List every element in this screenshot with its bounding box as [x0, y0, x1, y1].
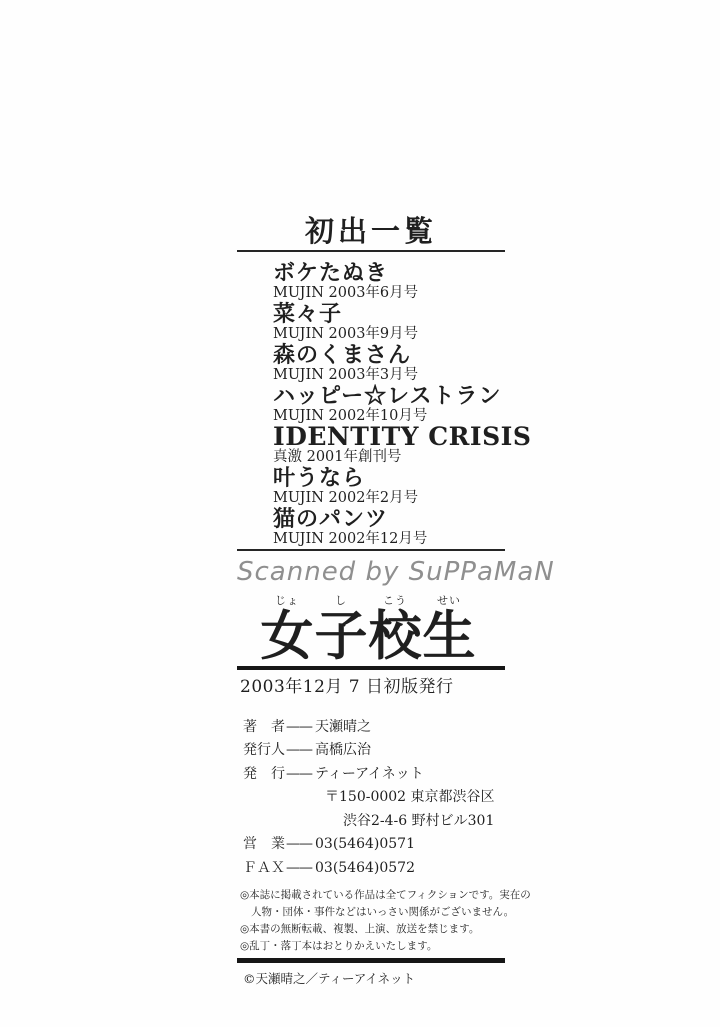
first-publication-list: ボケたぬき MUJIN 2003年6月号 菜々子 MUJIN 2003年9月号 … — [273, 261, 505, 548]
row-value: 03(5464)0572 — [315, 860, 415, 876]
scan-credit-divider — [237, 549, 505, 551]
work-title: 森のくまさん — [273, 343, 505, 367]
colophon-page: 初出一覧 ボケたぬき MUJIN 2003年6月号 菜々子 MUJIN 2003… — [237, 214, 505, 987]
title-char: せい 生 — [422, 594, 476, 664]
note-line: ◎本書の無断転載、複製、上演、放送を禁じます。 — [240, 921, 505, 938]
row-value: ティーアイネット — [315, 766, 424, 782]
colophon-row-author: 著 者——天瀬晴之 — [243, 716, 505, 740]
work-title: ボケたぬき — [273, 261, 505, 285]
row-label: 営 業 — [243, 836, 285, 852]
row-dash: —— — [286, 860, 312, 876]
note-line: ◎本誌に掲載されている作品は全てフィクションです。実在の — [240, 887, 505, 904]
work-issue: MUJIN 2002年2月号 — [273, 490, 505, 507]
row-label: 著 者 — [243, 719, 285, 735]
work-item: 猫のパンツ MUJIN 2002年12月号 — [273, 507, 505, 548]
note-line: ◎乱丁・落丁本はおとりかえいたします。 — [240, 938, 505, 955]
book-title: じょ 女 し 子 こう 校 せい 生 — [260, 594, 505, 664]
work-item: 森のくまさん MUJIN 2003年3月号 — [273, 343, 505, 384]
scan-credit: Scanned by SuPPaMaN — [237, 557, 505, 587]
title-char: じょ 女 — [260, 594, 314, 664]
heading-divider — [237, 250, 505, 252]
work-issue: MUJIN 2003年9月号 — [273, 326, 505, 343]
work-issue: MUJIN 2002年12月号 — [273, 531, 505, 548]
row-label: ＦＡＸ — [243, 860, 285, 876]
note-line: 人物・団体・事件などはいっさい関係がございません。 — [240, 904, 505, 921]
work-title: ハッピー☆レストラン — [273, 384, 505, 408]
colophon-row-publisher-person: 発行人——高橋広治 — [243, 739, 505, 763]
row-dash: —— — [286, 742, 312, 758]
work-issue: 真激 2001年創刊号 — [273, 449, 505, 466]
work-item: ハッピー☆レストラン MUJIN 2002年10月号 — [273, 384, 505, 425]
row-value: 高橋広治 — [315, 742, 371, 758]
row-dash: —— — [286, 719, 312, 735]
title-char: こう 校 — [368, 594, 422, 664]
work-title: 菜々子 — [273, 302, 505, 326]
title-kanji: 子 — [314, 608, 368, 664]
publisher-address-line: 渋谷2-4-6 野村ビル301 — [343, 810, 505, 834]
copyright-line: ©天瀬晴之／ティーアイネット — [243, 971, 505, 987]
colophon-row-sales-phone: 営 業——03(5464)0571 — [243, 833, 505, 857]
colophon-row-fax: ＦＡＸ——03(5464)0572 — [243, 857, 505, 881]
title-char: し 子 — [314, 594, 368, 664]
work-item: 叶うなら MUJIN 2002年2月号 — [273, 466, 505, 507]
work-issue: MUJIN 2003年6月号 — [273, 285, 505, 302]
work-title: 叶うなら — [273, 466, 505, 490]
edition-date: 2003年12月 7 日初版発行 — [240, 677, 505, 697]
row-value: 天瀬晴之 — [315, 719, 371, 735]
title-kanji: 生 — [422, 608, 476, 664]
work-issue: MUJIN 2003年3月号 — [273, 367, 505, 384]
row-value: 03(5464)0571 — [315, 836, 415, 852]
row-dash: —— — [286, 766, 312, 782]
row-label: 発行人 — [243, 742, 285, 758]
work-item: ボケたぬき MUJIN 2003年6月号 — [273, 261, 505, 302]
work-title: 猫のパンツ — [273, 507, 505, 531]
publisher-address-line: 〒150-0002 東京都渋谷区 — [325, 786, 505, 810]
work-item: IDENTITY CRISIS 真激 2001年創刊号 — [273, 425, 505, 466]
copyright-divider-bar — [237, 958, 505, 963]
section-heading: 初出一覧 — [237, 214, 505, 248]
publisher-info: 著 者——天瀬晴之 発行人——高橋広治 発 行——ティーアイネット 〒150-0… — [237, 716, 505, 881]
title-kanji: 女 — [260, 608, 314, 664]
row-label: 発 行 — [243, 766, 285, 782]
title-kanji: 校 — [368, 608, 422, 664]
row-dash: —— — [286, 836, 312, 852]
work-item: 菜々子 MUJIN 2003年9月号 — [273, 302, 505, 343]
work-title: IDENTITY CRISIS — [273, 425, 505, 449]
colophon-row-publisher: 発 行——ティーアイネット — [243, 763, 505, 787]
legal-notes: ◎本誌に掲載されている作品は全てフィクションです。実在の 人物・団体・事件などは… — [240, 887, 505, 955]
